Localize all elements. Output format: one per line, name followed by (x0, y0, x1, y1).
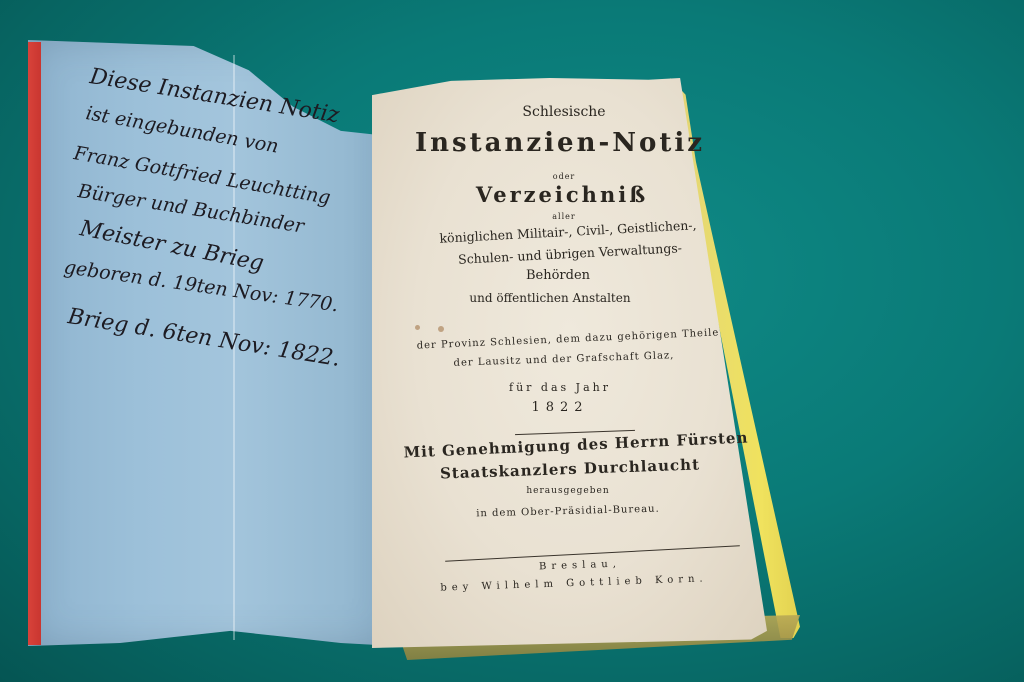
title-line-fuer-das-jahr: für das Jahr (375, 381, 745, 394)
main-title: Instanzien-Notiz (375, 128, 745, 158)
title-line-herausgegeben: herausgegeben (383, 486, 753, 496)
title-line-oder: oder (379, 172, 749, 181)
foxing-stain (415, 325, 420, 330)
foxing-stain (438, 326, 444, 332)
photo-scene: Diese Instanzien Notiz ist eingebunden v… (0, 0, 1024, 682)
title-line-schlesische: Schlesische (379, 104, 749, 120)
title-line-anstalten: und öffentlichen Anstalten (365, 291, 735, 305)
title-year: 1822 (375, 400, 745, 415)
red-page-edge (28, 42, 41, 645)
title-line-behoerden: Behörden (373, 268, 743, 283)
subtitle-verzeichniss: Verzeichniß (377, 182, 747, 207)
